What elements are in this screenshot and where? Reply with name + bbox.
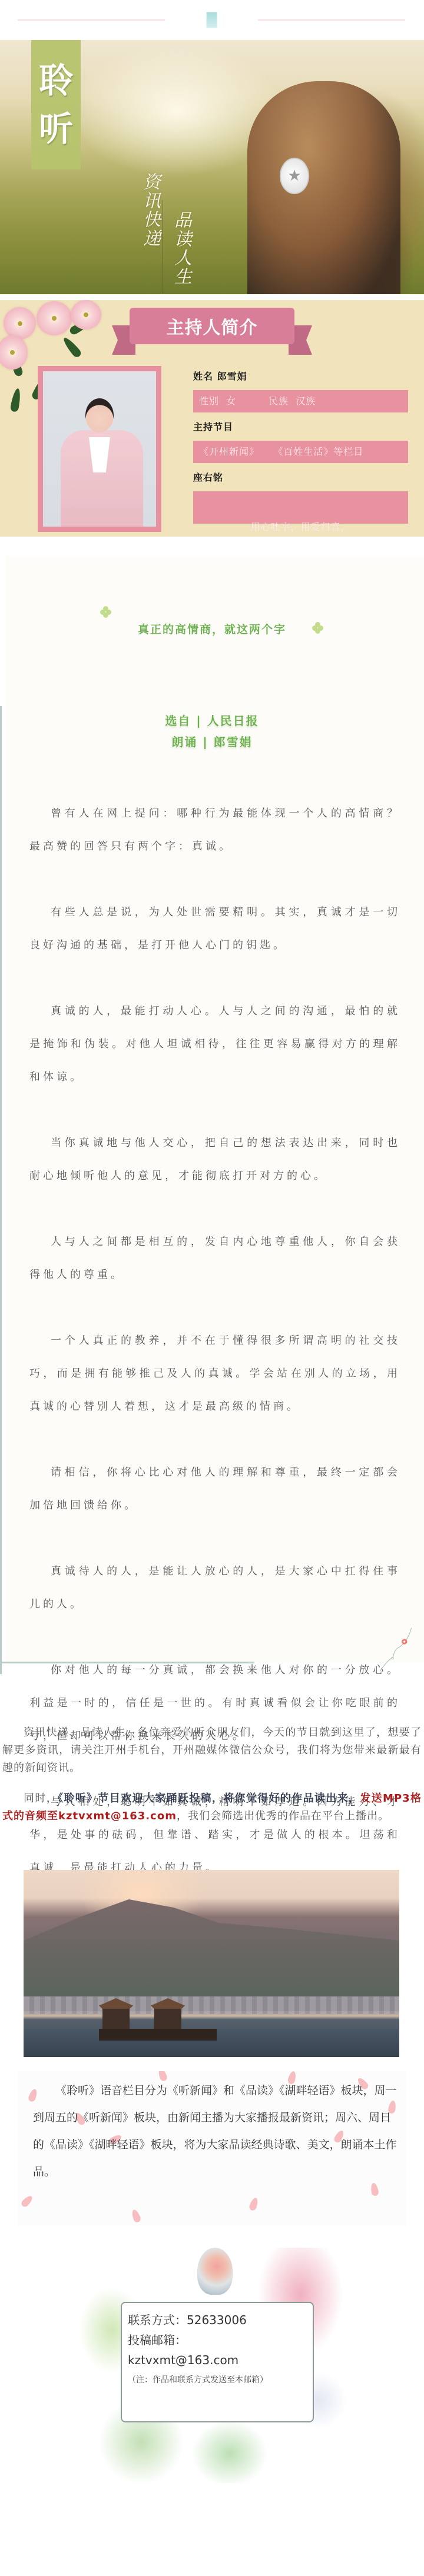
program-info-text: 《聆听》语音栏目分为《听新闻》和《品读》《湖畔轻语》板块，周一到周五的《听新闻》… bbox=[33, 2077, 398, 2185]
article-card: 真正的高情商，就这两个字 选自 | 人民日报 朗诵 | 郎雪娟 曾有人在网上提问… bbox=[0, 550, 424, 1675]
paragraph: 一个人真正的教养，并不在于懂得很多所谓高明的社交技巧，而是拥有能够推己及人的真诚… bbox=[29, 1324, 400, 1423]
credit-source: 选自 | 人民日报 bbox=[0, 710, 424, 731]
credit-reader: 朗诵 | 郎雪娟 bbox=[0, 731, 424, 753]
paragraph: 真诚待人的人，是能让人放心的人，是大家心中扛得住事儿的人。 bbox=[29, 1555, 400, 1621]
logo-char-2: 听 bbox=[39, 105, 73, 153]
rose-icon bbox=[37, 301, 72, 335]
petal-icon bbox=[131, 2209, 142, 2224]
pavilion-boat bbox=[99, 1998, 217, 2045]
paragraph: 真诚的人，最能打动人心。人与人之间的沟通，最怕的就是掩饰和伪装。对他人坦诚相待，… bbox=[29, 995, 400, 1094]
host-photo-frame bbox=[38, 366, 161, 532]
flower-vine-icon bbox=[353, 1624, 424, 1671]
divider-square-icon bbox=[206, 12, 217, 28]
contact-card: 联系方式：52633006 投稿邮箱： kztvxmt@163.com （注：作… bbox=[121, 2302, 314, 2422]
slogan-life: 品读人生 bbox=[168, 211, 194, 286]
article-left-border bbox=[0, 706, 2, 1674]
submission-invite: 《聆听》节目欢迎大家踊跃投稿，将您觉得好的作品读出来， bbox=[58, 1792, 360, 1805]
article-credits: 选自 | 人民日报 朗诵 | 郎雪娟 bbox=[0, 710, 424, 753]
article-title: 真正的高情商，就这两个字 bbox=[138, 621, 286, 637]
divider-line-left bbox=[18, 19, 165, 21]
contact-note: （注：作品和联系方式发送至本邮箱） bbox=[128, 2370, 307, 2390]
host-intro-card: 主持人简介 姓名 郎雪娟 性别 女 民族 汉族 主持节目 《开州新闻》 《百姓生… bbox=[0, 300, 424, 537]
divider-line-right bbox=[258, 19, 405, 21]
contact-email-label: 投稿邮箱： bbox=[128, 2330, 307, 2350]
host-motto: 用心吐字，用爱归音， 因为热忱，所以热爱， bbox=[193, 491, 408, 524]
clover-icon bbox=[100, 606, 112, 618]
paragraph: 曾有人在网上提问：哪种行为最能体现一个人的高情商？最高赞的回答只有两个字：真诚。 bbox=[29, 797, 400, 863]
host-photo bbox=[43, 371, 156, 527]
host-gender-ethnicity: 性别 女 民族 汉族 bbox=[193, 390, 408, 412]
host-info: 姓名 郎雪娟 性别 女 民族 汉族 主持节目 《开州新闻》 《百姓生活》等栏目 … bbox=[193, 368, 408, 530]
paragraph: 有些人总是说，为人处世需要精明。其实，真诚才是一切良好沟通的基础，是打开他人心门… bbox=[29, 896, 400, 962]
contact-section: 联系方式：52633006 投稿邮箱： kztvxmt@163.com （注：作… bbox=[77, 2248, 353, 2483]
leaf-icon bbox=[61, 335, 82, 359]
petal-icon bbox=[249, 2197, 260, 2212]
hero-banner-image: ★ 聆 听 资讯快递 品读人生 bbox=[0, 40, 424, 294]
top-divider bbox=[0, 0, 424, 29]
logo-char-1: 聆 bbox=[39, 56, 73, 105]
paragraph: 请相信，你将心比心对他人的理解和尊重，最终一定都会加倍地回馈给你。 bbox=[29, 1456, 400, 1522]
leaf-icon bbox=[10, 388, 22, 412]
submission-paragraph: 同时，《聆听》节目欢迎大家踊跃投稿，将您觉得好的作品读出来，发送MP3格式的音频… bbox=[0, 1790, 424, 1825]
host-name: 姓名 郎雪娟 bbox=[193, 368, 408, 385]
petal-icon bbox=[20, 2194, 34, 2208]
slogan-news: 资讯快递 bbox=[137, 172, 163, 248]
program-info-section: 《聆听》语音栏目分为《听新闻》和《品读》《湖畔轻语》板块，周一到周五的《听新闻》… bbox=[18, 2071, 406, 2225]
rose-icon bbox=[4, 307, 36, 340]
contact-phone: 联系方式：52633006 bbox=[128, 2310, 307, 2330]
host-programs: 《开州新闻》 《百姓生活》等栏目 bbox=[193, 441, 408, 463]
closing-paragraph: 资讯快递、品读人生，各位亲爱的听众朋友们，今天的节目就到这里了，想要了解更多资讯… bbox=[0, 1724, 424, 1777]
host-intro-banner: 主持人简介 bbox=[121, 308, 303, 349]
headphone-icon: ★ bbox=[280, 158, 309, 194]
paragraph: 人与人之间都是相互的，发自内心地尊重他人，你自会获得他人的尊重。 bbox=[29, 1226, 400, 1292]
program-logo-tag: 聆 听 bbox=[31, 40, 81, 169]
host-motto-label: 座右铭 bbox=[193, 469, 408, 487]
rose-icon bbox=[71, 300, 101, 330]
contact-email[interactable]: kztvxmt@163.com bbox=[128, 2350, 307, 2370]
rose-icon bbox=[0, 335, 28, 370]
closing-section: 资讯快递、品读人生，各位亲爱的听众朋友们，今天的节目就到这里了，想要了解更多资讯… bbox=[0, 1724, 424, 1825]
lake-landscape-image bbox=[24, 1870, 399, 2057]
woman-with-headphones-figure bbox=[247, 81, 400, 294]
banner-title: 主持人简介 bbox=[167, 313, 258, 339]
bird-icon bbox=[197, 2248, 233, 2295]
slogan-divider bbox=[163, 200, 163, 294]
host-programs-label: 主持节目 bbox=[193, 418, 408, 436]
paragraph: 当你真诚地与他人交心，把自己的想法表达出来，同时也耐心地倾听他人的意见，才能彻底… bbox=[29, 1127, 400, 1193]
